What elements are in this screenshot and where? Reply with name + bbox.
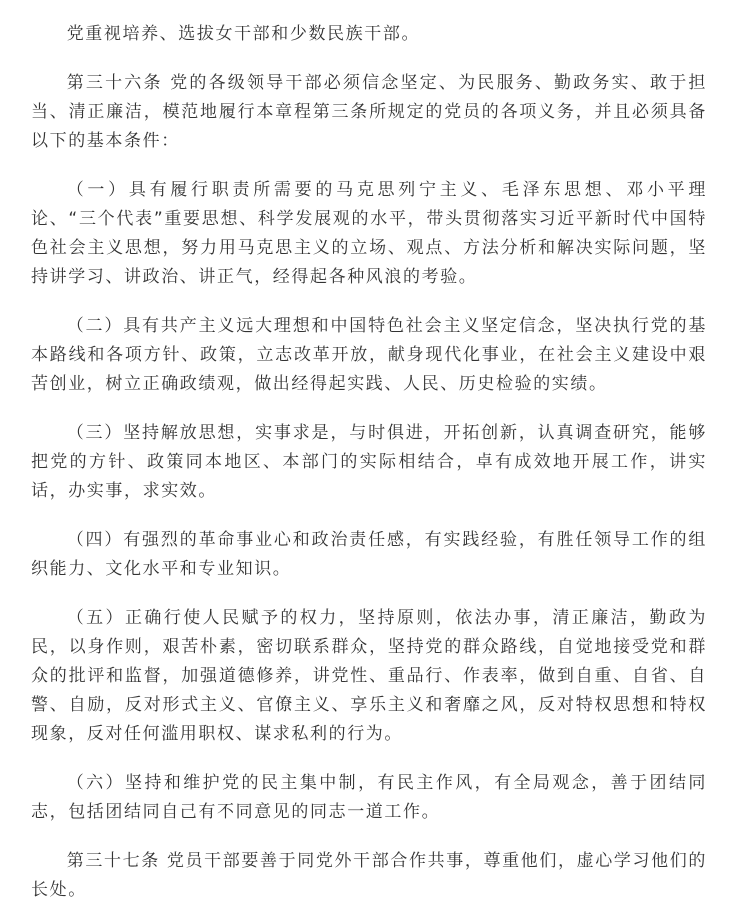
paragraph-article-37: 第三十七条 党员干部要善于同党外干部合作共事，尊重他们，虚心学习他们的长处。 [31,847,707,905]
paragraph-condition-6: （六）坚持和维护党的民主集中制，有民主作风，有全局观念，善于团结同志，包括团结同… [31,769,707,827]
paragraph-condition-3: （三）坚持解放思想，实事求是，与时俱进，开拓创新，认真调查研究，能够把党的方针、… [31,419,707,506]
paragraph-condition-2: （二）具有共产主义远大理想和中国特色社会主义坚定信念，坚决执行党的基本路线和各项… [31,312,707,399]
article-body: 党重视培养、选拔女干部和少数民族干部。 第三十六条 党的各级领导干部必须信念坚定… [0,0,733,905]
paragraph-condition-5: （五）正确行使人民赋予的权力，坚持原则，依法办事，清正廉洁，勤政为民，以身作则，… [31,604,707,749]
paragraph-article-36: 第三十六条 党的各级领导干部必须信念坚定、为民服务、勤政务实、敢于担当、清正廉洁… [31,69,707,156]
paragraph-women-minority-cadres: 党重视培养、选拔女干部和少数民族干部。 [31,20,707,49]
paragraph-condition-4: （四）有强烈的革命事业心和政治责任感，有实践经验，有胜任领导工作的组织能力、文化… [31,526,707,584]
paragraph-condition-1: （一）具有履行职责所需要的马克思列宁主义、毛泽东思想、邓小平理论、“三个代表”重… [31,176,707,292]
